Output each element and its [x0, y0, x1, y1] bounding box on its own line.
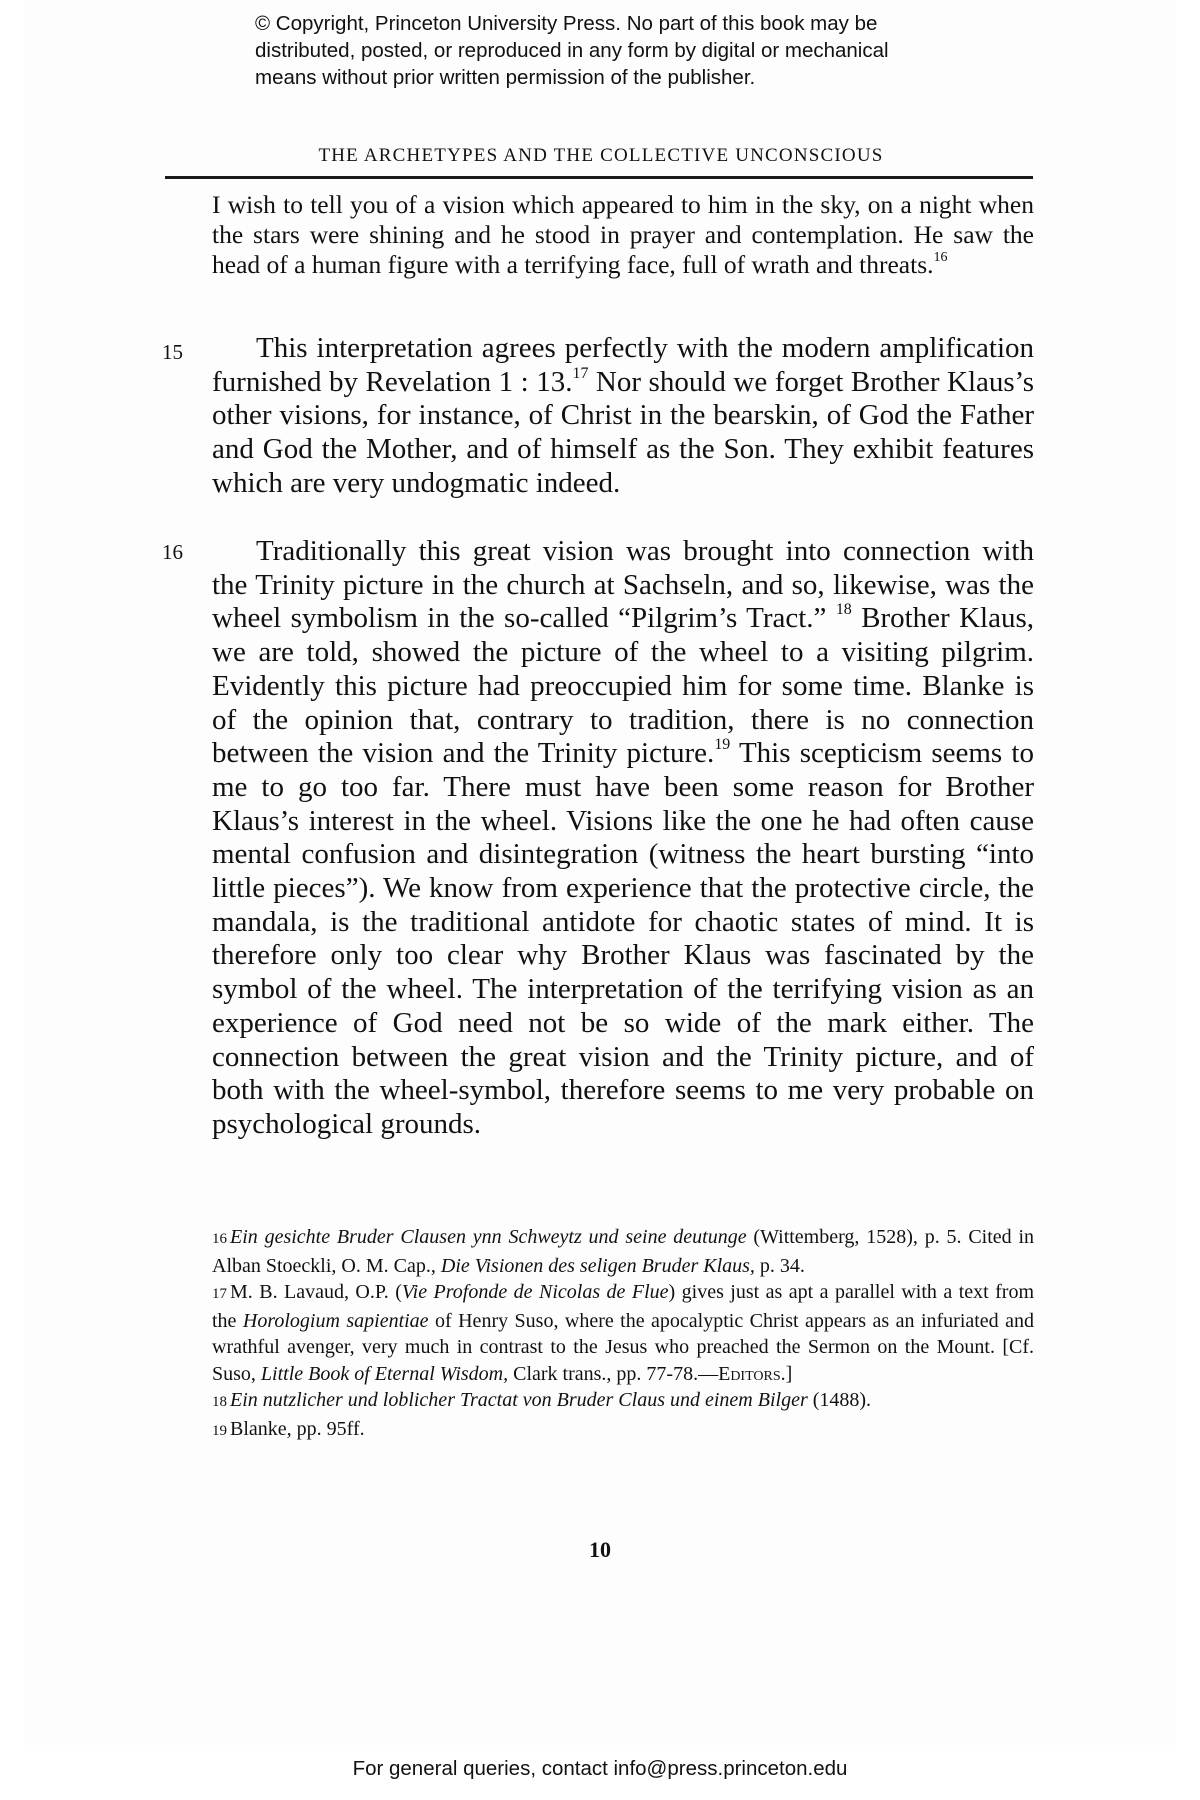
footnotes-section: 16Ein gesichte Bruder Clausen ynn Schwey… [212, 1224, 1034, 1444]
copyright-line: © Copyright, Princeton University Press.… [255, 10, 955, 37]
footnote-number: 17 [212, 1286, 227, 1302]
paragraph-number: 16 [162, 540, 183, 565]
footnote-title: Die Visionen des seligen Bruder Klaus, [441, 1255, 755, 1277]
footnote-19: 19Blanke, pp. 95ff. [212, 1416, 1034, 1445]
header-rule-divider [165, 176, 1033, 179]
footnote-title: Ein gesichte Bruder Clausen ynn Schweytz… [230, 1226, 747, 1248]
paragraph-number: 15 [162, 340, 183, 365]
paragraph-text: This scepticism seems to me to go too fa… [212, 737, 1034, 1140]
footnote-text: M. B. Lavaud, O.P. ( [230, 1281, 402, 1303]
paragraph-16: Traditionally this great vision was brou… [212, 535, 1034, 1142]
copyright-notice: © Copyright, Princeton University Press.… [255, 10, 955, 91]
copyright-line: distributed, posted, or reproduced in an… [255, 37, 955, 64]
footnote-text: .] [781, 1363, 793, 1385]
editors-label: Editors [718, 1363, 781, 1385]
copyright-line: means without prior written permission o… [255, 64, 955, 91]
footnote-text: p. 34. [755, 1255, 805, 1277]
footnote-17: 17M. B. Lavaud, O.P. (Vie Profonde de Ni… [212, 1279, 1034, 1387]
footnote-ref: 19 [714, 736, 730, 753]
footnote-ref: 18 [836, 601, 852, 618]
quote-text: I wish to tell you of a vision which app… [212, 190, 1034, 279]
footnote-ref: 16 [934, 250, 948, 265]
page-number: 10 [0, 1537, 1200, 1563]
footnote-title: Ein nutzlicher und loblicher Tractat von… [230, 1389, 808, 1411]
footnote-number: 16 [212, 1231, 227, 1247]
footnote-number: 19 [212, 1423, 227, 1439]
footnote-text: (1488). [808, 1389, 871, 1411]
footnote-18: 18Ein nutzlicher und loblicher Tractat v… [212, 1387, 1034, 1416]
block-quote: I wish to tell you of a vision which app… [212, 190, 1034, 280]
footnote-ref: 17 [572, 365, 588, 382]
footnote-title: Horologium sapientiae [243, 1310, 429, 1332]
footnote-number: 18 [212, 1394, 227, 1410]
running-head: THE ARCHETYPES AND THE COLLECTIVE UNCONS… [165, 145, 1037, 167]
contact-line: For general queries, contact info@press.… [0, 1757, 1200, 1781]
footnote-text: Clark trans., pp. 77-78.— [508, 1363, 718, 1385]
footnote-text: Blanke, pp. 95ff. [230, 1418, 365, 1440]
footnote-16: 16Ein gesichte Bruder Clausen ynn Schwey… [212, 1224, 1034, 1279]
footnote-title: Little Book of Eternal Wisdom, [261, 1363, 508, 1385]
paragraph-15: This interpretation agrees perfectly wit… [212, 332, 1034, 501]
footnote-title: Vie Profonde de Nicolas de Flue [402, 1281, 669, 1303]
